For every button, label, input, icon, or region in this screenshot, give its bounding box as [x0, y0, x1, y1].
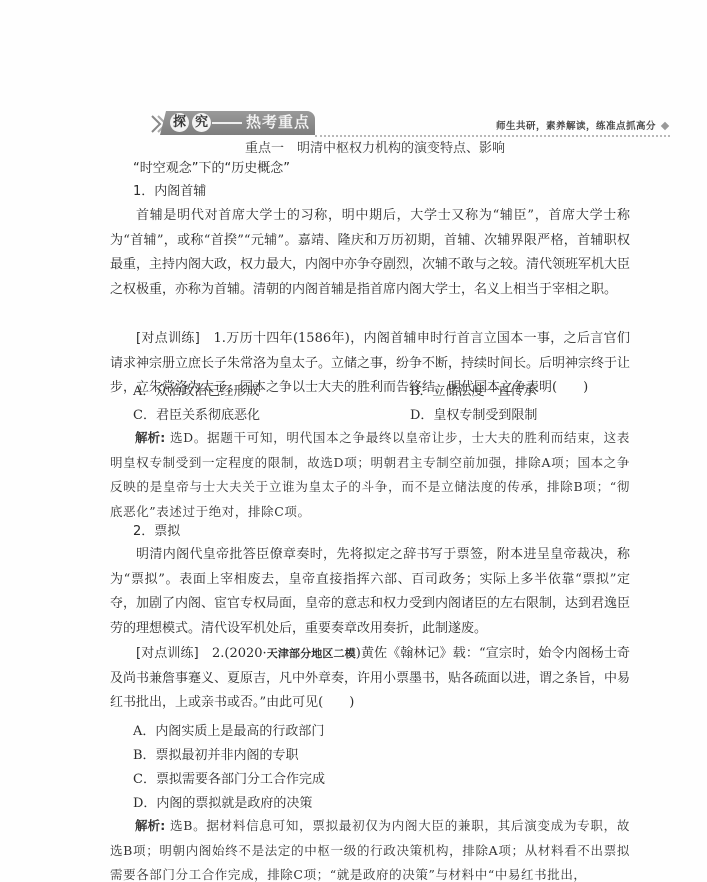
exercise-2-option-b: B．票拟最初并非内阁的专职: [133, 747, 299, 765]
exercise-2-option-a: A．内阁实质上是最高的行政部门: [133, 723, 324, 741]
section-heading-1: 1．内阁首辅: [133, 183, 206, 201]
banner-dash: [212, 122, 242, 124]
exercise-2-stem: [对点训练] 2.(2020·天津部分地区二模)黄佐《翰林记》载：“宣宗时，始令…: [110, 642, 630, 716]
exercise-tag: [对点训练]: [136, 646, 199, 661]
banner-title: 热考重点: [246, 112, 310, 132]
exercise-2-analysis: 解析: 选B。据材料信息可知，票拟最初仅为内阁大臣的兼职，其后演变成为专职，故选…: [110, 814, 630, 882]
analysis-text: 选B。据材料信息可知，票拟最初仅为内阁大臣的兼职，其后演变成为专职，故选B项；明…: [110, 818, 630, 882]
section-1-paragraph: 首辅是明代对首席大学士的习称，明中期后，大学士又称为“辅臣”，首席大学士称为“首…: [110, 204, 630, 302]
textbook-page: 探 究 热考重点 师生共研，素养解读，练准点抓高分 重点一 明清中枢权力机构的演…: [0, 0, 707, 882]
section-heading-2: 2．票拟: [133, 523, 180, 541]
banner-dotted-rule: [315, 135, 670, 137]
diamond-icon: [661, 122, 669, 130]
exercise-2-option-d: D．内阁的票拟就是政府的决策: [133, 795, 312, 813]
exercise-1-option-a: A．众治政治已经形成: [133, 383, 259, 401]
exercise-1-analysis: 解析: 选D。据题干可知，明代国本之争最终以皇帝让步，士大夫的胜利而结束，这表明…: [110, 426, 630, 524]
banner-char-2: 究: [192, 113, 211, 132]
exercise-2-option-c: C．票拟需要各部门分工合作完成: [133, 771, 325, 789]
analysis-text: 选D。据题干可知，明代国本之争最终以皇帝让步，士大夫的胜利而结束，这表明皇权专制…: [110, 430, 630, 519]
exercise-2-num: 2.(2020·: [199, 646, 267, 661]
focus-title: 重点一 明清中枢权力机构的演变特点、影响: [245, 140, 505, 158]
banner-char-1: 探: [170, 113, 189, 132]
exercise-1-option-c: C．君臣关系彻底恶化: [133, 407, 260, 425]
concept-heading: “时空观念”下的“历史概念”: [133, 160, 290, 178]
section-banner: 探 究 热考重点 师生共研，素养解读，练准点抓高分: [150, 110, 670, 140]
analysis-label: 解析:: [135, 818, 165, 833]
analysis-label: 解析:: [135, 430, 165, 445]
exercise-tag: [对点训练]: [136, 331, 200, 346]
exercise-1-option-b: B．立储法度一直传承: [410, 383, 537, 401]
banner-slogan: 师生共研，素养解读，练准点抓高分: [496, 118, 656, 132]
exercise-1-option-d: D．皇权专制受到限制: [410, 407, 537, 425]
section-2-paragraph: 明清内阁代皇帝批答臣僚章奏时，先将拟定之辞书写于票签，附本进呈皇帝裁决，称为“票…: [110, 543, 630, 641]
exercise-2-source: 天津部分地区二模: [267, 647, 356, 660]
